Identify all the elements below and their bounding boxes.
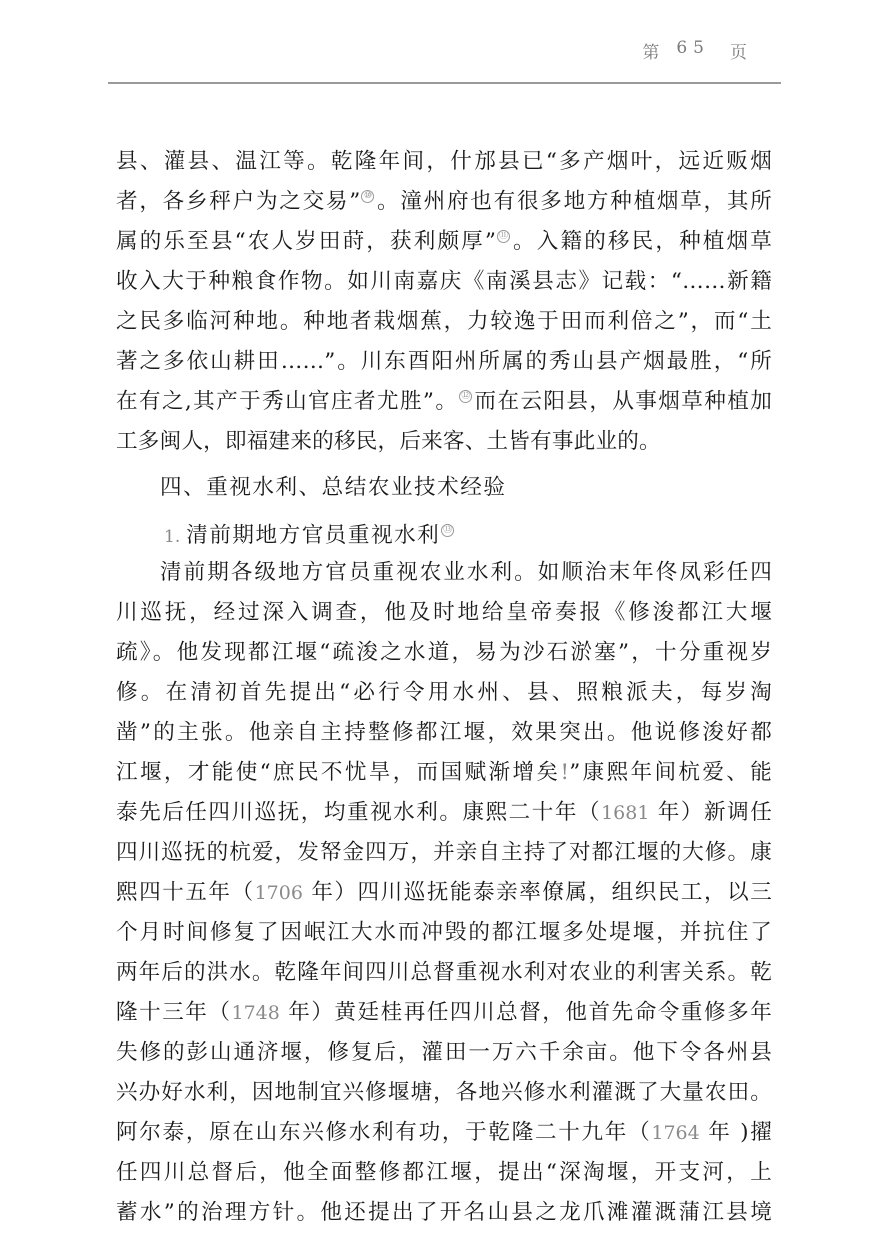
text-line: 江堰，才能使“庶民不忧旱，而国赋渐增矣!”康熙年间杭爱、能 — [116, 753, 772, 793]
section-heading: 四、重视水利、总结农业技术经验 — [116, 468, 772, 508]
text-line: 熙四十五年（1706 年）四川巡抚能泰亲率僚属，组织民工，以三 — [116, 873, 772, 913]
text-line: 收入大于种粮食作物。如川南嘉庆《南溪县志》记载：“……新籍 — [116, 262, 772, 302]
page-number-prefix: 第 — [642, 38, 659, 63]
text-line: 川巡抚，经过深入调查，他及时地给皇帝奏报《修浚都江大堰 — [116, 593, 772, 633]
text-line: 个月时间修复了因岷江大水而冲毁的都江堰多处堤堰，并抗住了 — [116, 913, 772, 953]
text-line: 疏》。他发现都江堰“疏浚之水道，易为沙石淤塞”，十分重视岁 — [116, 633, 772, 673]
page-number-value: 65 — [676, 38, 710, 63]
text-line: 修。在清初首先提出“必行令用水州、县、照粮派夫，每岁淘 — [116, 673, 772, 713]
text-line: 者，各乡秤户为之交易”⑩。潼州府也有很多地方种植烟草，其所 — [116, 182, 772, 222]
document-body: 县、灌县、温江等。乾隆年间，什邡县已“多产烟叶，远近贩烟 者，各乡秤户为之交易”… — [116, 142, 772, 1233]
sub-heading: 1.清前期地方官员重视水利⑬ — [116, 516, 772, 556]
text-line: 工多闽人，即福建来的移民，后来客、土皆有事此业的。 — [116, 422, 772, 462]
sub-heading-text: 清前期地方官员重视水利 — [186, 523, 440, 548]
text-line: 在有之,其产于秀山官庄者尤胜”。⑫而在云阳县，从事烟草种植加 — [116, 382, 772, 422]
paragraph-water-conservancy: 清前期各级地方官员重视农业水利。如顺治末年佟凤彩任四 川巡抚，经过深入调查，他及… — [116, 553, 772, 1233]
text-line: 著之多依山耕田……”。川东酉阳州所属的秀山县产烟最胜，“所 — [116, 342, 772, 382]
year-number: 1681 — [601, 802, 649, 824]
text-line: 两年后的洪水。乾隆年间四川总督重视水利对农业的利害关系。乾 — [116, 953, 772, 993]
text-line: 清前期各级地方官员重视农业水利。如顺治末年佟凤彩任四 — [116, 553, 772, 593]
text-line: 阿尔泰，原在山东兴修水利有功，于乾隆二十九年（1764 年 )擢 — [116, 1113, 772, 1153]
year-number: 1706 — [255, 882, 303, 904]
text-line: 之民多临河种地。种地者栽烟蕉，力较逸于田而利倍之”，而“土 — [116, 302, 772, 342]
text-line: 县、灌县、温江等。乾隆年间，什邡县已“多产烟叶，远近贩烟 — [116, 142, 772, 182]
page-header: 第 65 页 — [108, 22, 781, 84]
page-number: 第 65 页 — [642, 38, 747, 63]
footnote-marker-13[interactable]: ⑬ — [441, 524, 454, 537]
footnote-marker-10[interactable]: ⑩ — [361, 190, 374, 203]
footnote-marker-11[interactable]: ⑪ — [497, 230, 510, 243]
header-rule — [108, 82, 781, 84]
text-line: 任四川总督后，他全面整修都江堰，提出“深淘堰，开支河，上 — [116, 1153, 772, 1193]
year-number: 1748 — [232, 1002, 280, 1024]
text-line: 四川巡抚的杭爱，发帑金四万，并亲自主持了对都江堰的大修。康 — [116, 833, 772, 873]
page-number-suffix: 页 — [730, 38, 747, 63]
text-line: 兴办好水利，因地制宜兴修堰塘，各地兴修水利灌溉了大量农田。 — [116, 1073, 772, 1113]
text-line: 蓄水”的治理方针。他还提出了开名山县之龙爪滩灌溉蒲江县境 — [116, 1193, 772, 1233]
paragraph-tobacco: 县、灌县、温江等。乾隆年间，什邡县已“多产烟叶，远近贩烟 者，各乡秤户为之交易”… — [116, 142, 772, 462]
footnote-marker-12[interactable]: ⑫ — [459, 390, 472, 403]
text-line: 泰先后任四川巡抚，均重视水利。康熙二十年（1681 年）新调任 — [116, 793, 772, 833]
text-line: 隆十三年（1748 年）黄廷桂再任四川总督，他首先命令重修多年 — [116, 993, 772, 1033]
text-line: 失修的彭山通济堰，修复后，灌田一万六千余亩。他下令各州县 — [116, 1033, 772, 1073]
text-line: 凿”的主张。他亲自主持整修都江堰，效果突出。他说修浚好都 — [116, 713, 772, 753]
text-line: 属的乐至县“农人岁田莳，获利颇厚”⑪。入籍的移民，种植烟草 — [116, 222, 772, 262]
year-number: 1764 — [651, 1122, 699, 1144]
sub-heading-number: 1. — [164, 527, 180, 547]
